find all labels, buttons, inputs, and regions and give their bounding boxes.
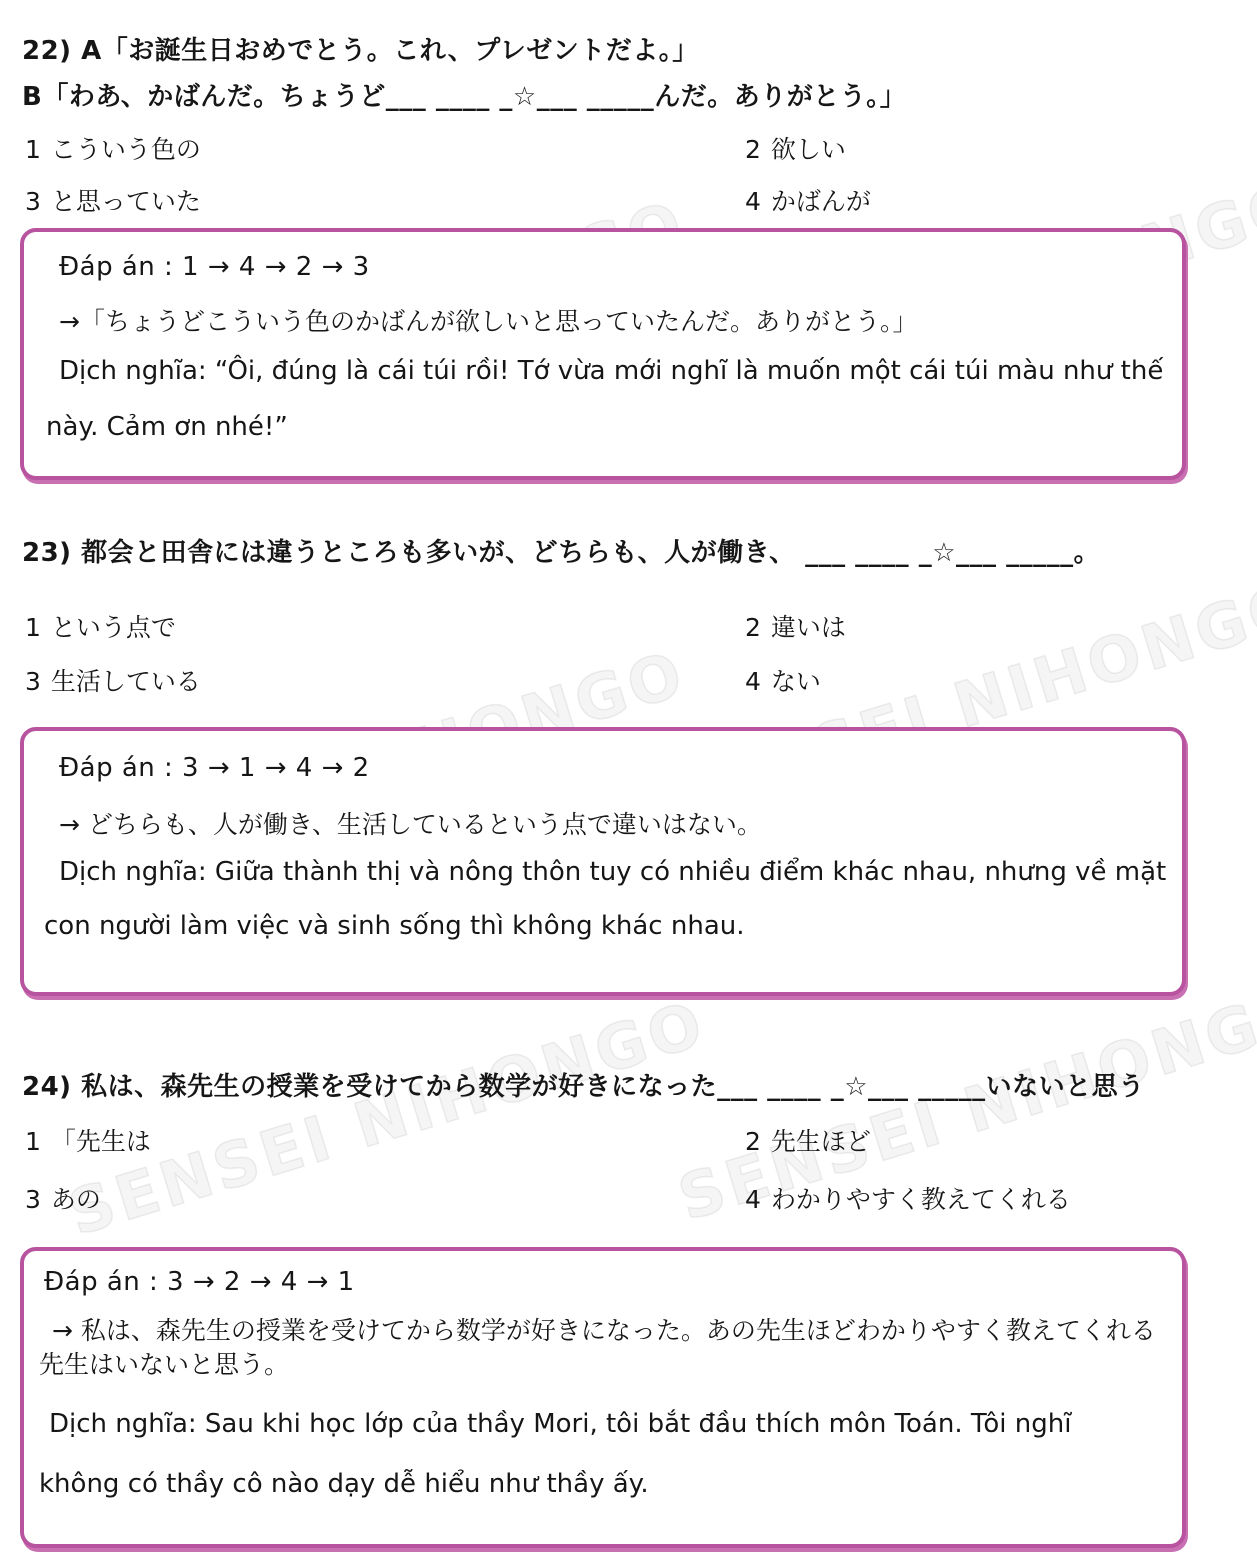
option-number: 3 [25, 1185, 41, 1214]
option-text: 先生ほど [771, 1127, 871, 1156]
option-item: 2先生ほど [745, 1122, 871, 1158]
option-text: あの [51, 1185, 101, 1214]
option-number: 1 [25, 135, 41, 164]
answer-translation-vi: không có thầy cô nào dạy dễ hiểu như thầ… [39, 1469, 649, 1499]
options-row: 3あの4わかりやすく教えてくれる [0, 1180, 1257, 1214]
option-item: 1こういう色の [25, 130, 201, 166]
option-item: 3あの [25, 1180, 101, 1216]
option-number: 2 [745, 1127, 761, 1156]
option-item: 3生活している [25, 662, 201, 698]
options-row: 1「先生は2先生ほど [0, 1122, 1257, 1156]
options-row: 1という点で2違いは [0, 608, 1257, 642]
answer-sentence-jp: → 私は、森先生の授業を受けてから数学が好きになった。あの先生ほどわかりやすく教… [52, 1311, 1156, 1347]
option-text: ない [771, 667, 821, 696]
option-number: 4 [745, 187, 761, 216]
question-heading-line: 24) 私は、森先生の授業を受けてから数学が好きになった___ ____ _☆_… [22, 1066, 1145, 1103]
option-text: かばんが [771, 187, 871, 216]
option-number: 2 [745, 135, 761, 164]
answer-sentence-jp: → どちらも、人が働き、生活しているという点で違いはない。 [59, 805, 762, 841]
answer-box: Đáp án : 3 → 2 → 4 → 1→ 私は、森先生の授業を受けてから数… [20, 1247, 1186, 1548]
option-item: 2違いは [745, 608, 846, 644]
options-row: 1こういう色の2欲しい [0, 130, 1257, 164]
options-row: 3と思っていた4かばんが [0, 182, 1257, 216]
answer-sentence-jp: →「ちょうどこういう色のかばんが欲しいと思っていたんだ。ありがとう。」 [59, 302, 917, 338]
option-item: 3と思っていた [25, 182, 201, 218]
question-heading-line: B「わあ、かばんだ。ちょうど___ ____ _☆___ _____んだ。ありが… [22, 76, 906, 113]
option-item: 2欲しい [745, 130, 846, 166]
question-heading-line: 22) A「お誕生日おめでとう。これ、プレゼントだよ。」 [22, 30, 699, 67]
answer-key: Đáp án : 1 → 4 → 2 → 3 [59, 252, 370, 282]
answer-key: Đáp án : 3 → 2 → 4 → 1 [44, 1267, 355, 1297]
answer-box: Đáp án : 1 → 4 → 2 → 3→「ちょうどこういう色のかばんが欲し… [20, 228, 1186, 480]
option-item: 1「先生は [25, 1122, 151, 1158]
option-text: こういう色の [51, 135, 201, 164]
answer-translation-vi: Dịch nghĩa: Giữa thành thị và nông thôn … [59, 857, 1166, 887]
option-text: 欲しい [771, 135, 846, 164]
answer-box: Đáp án : 3 → 1 → 4 → 2→ どちらも、人が働き、生活している… [20, 727, 1186, 996]
option-text: と思っていた [51, 187, 201, 216]
options-row: 3生活している4ない [0, 662, 1257, 696]
option-item: 4かばんが [745, 182, 871, 218]
answer-translation-vi: con người làm việc và sinh sống thì khôn… [44, 911, 745, 941]
option-number: 1 [25, 1127, 41, 1156]
option-text: という点で [51, 613, 176, 642]
option-number: 1 [25, 613, 41, 642]
answer-translation-vi: này. Cảm ơn nhé!” [46, 412, 288, 442]
answer-translation-vi: Dịch nghĩa: “Ôi, đúng là cái túi rồi! Tớ… [59, 356, 1163, 386]
option-number: 3 [25, 187, 41, 216]
option-text: わかりやすく教えてくれる [771, 1185, 1071, 1214]
question-heading-line: 23) 都会と田舎には違うところも多いが、どちらも、人が働き、 ___ ____… [22, 532, 1100, 569]
option-number: 4 [745, 1185, 761, 1214]
answer-key: Đáp án : 3 → 1 → 4 → 2 [59, 753, 370, 783]
option-number: 4 [745, 667, 761, 696]
worksheet-page: SENSEI NIHONGOSENSEI NIHONGOSENSEI NIHON… [0, 0, 1257, 1568]
answer-translation-vi: Dịch nghĩa: Sau khi học lớp của thầy Mor… [49, 1409, 1071, 1439]
option-item: 1という点で [25, 608, 176, 644]
option-text: 違いは [771, 613, 846, 642]
option-text: 生活している [51, 667, 201, 696]
option-item: 4ない [745, 662, 821, 698]
answer-sentence-jp: 先生はいないと思う。 [39, 1345, 289, 1381]
option-item: 4わかりやすく教えてくれる [745, 1180, 1071, 1216]
option-number: 2 [745, 613, 761, 642]
option-text: 「先生は [51, 1127, 151, 1156]
option-number: 3 [25, 667, 41, 696]
